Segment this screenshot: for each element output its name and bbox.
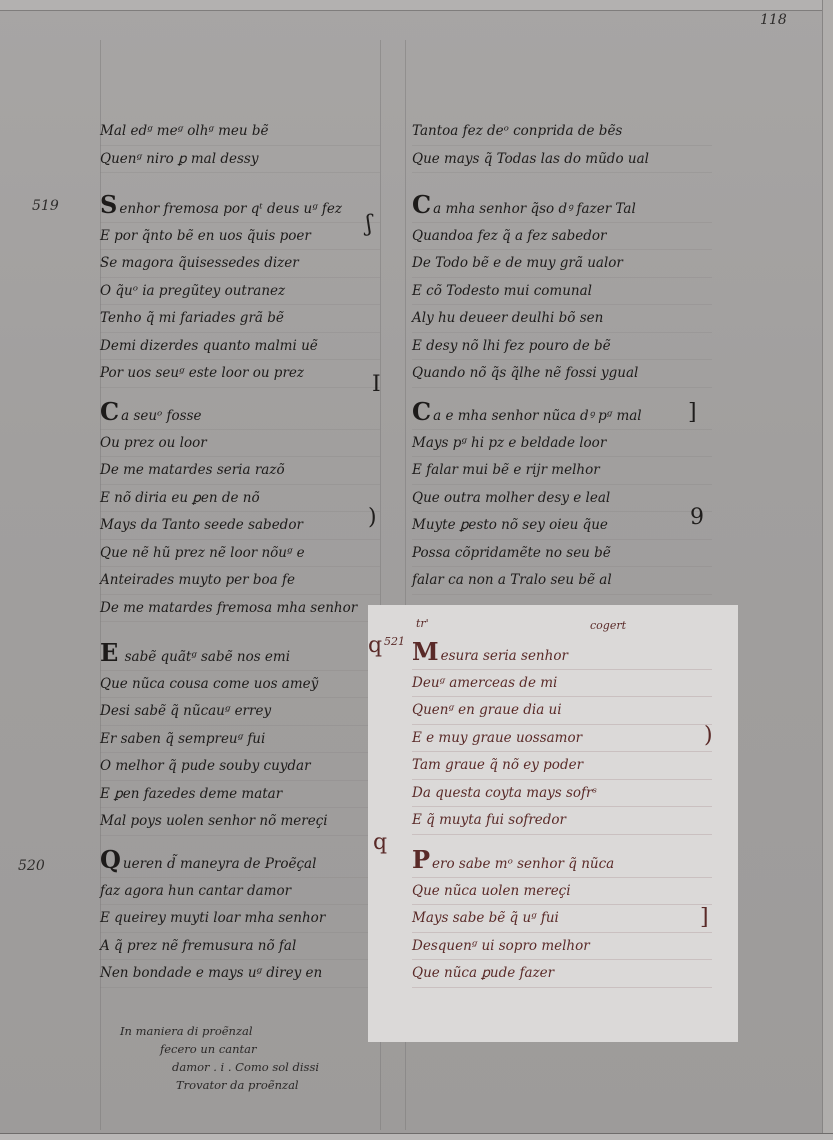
margin-mark-bracket: ]: [688, 400, 697, 425]
verse-text: esura seria senhor: [441, 648, 568, 664]
verse-line: Anteirades muyto per boa fe: [100, 567, 380, 595]
verse-line-first: Pero sabe mᵒ senhor q̃ nũca: [412, 850, 712, 878]
verse-text: sabẽ quãtᵍ sabẽ nos emi: [120, 649, 290, 665]
verse-mark-q-2: q: [373, 830, 387, 855]
verse-line: Tantoa fez deᵒ conprida de bẽs: [412, 118, 712, 146]
verse-text: a seuᵒ fosse: [121, 408, 201, 424]
margin-mark-s: ʃ: [366, 212, 372, 237]
note-line: Trovator da proẽnzal: [120, 1076, 319, 1094]
folio-number: 118: [760, 12, 787, 28]
left-stanza-3: E sabẽ quãtᵍ sabẽ nos emi Que nũca cousa…: [100, 643, 380, 836]
verse-line-first: Ca mha senhor q̃so dꝰ fazer Tal: [412, 195, 712, 223]
verse-text: ero sabe mᵒ senhor q̃ nũca: [432, 856, 614, 872]
manuscript-page: 118 519 520 Mal edᵍ meᵍ olhᵍ meu bẽ Quen…: [0, 0, 833, 1140]
margin-mark-bar: I: [372, 372, 381, 397]
page-edge-top: [0, 0, 833, 11]
verse-line: De me matardes fremosa mha senhor: [100, 595, 380, 623]
verse-line: A q̃ prez nẽ fremusura nõ fal: [100, 933, 380, 961]
verse-line: Mal edᵍ meᵍ olhᵍ meu bẽ: [100, 118, 380, 146]
initial-letter: M: [412, 637, 439, 666]
page-edge-bottom: [0, 1133, 833, 1140]
highlight-stanza-1: Mesura seria senhor Deuᵍ amerceas de mi …: [412, 642, 712, 835]
verse-line: De me matardes seria razõ: [100, 457, 380, 485]
right-stanza-2: Ca e mha senhor nũca dꝰ pᵍ mal Mays pᵍ h…: [412, 402, 712, 595]
verse-line: E nõ diria eu ꝑen de nõ: [100, 485, 380, 513]
verse-line: Que nẽ hũ prez nẽ loor nõuᵍ e: [100, 540, 380, 568]
initial-letter: Q: [100, 845, 121, 874]
verse-line: Quandoa fez q̃ a fez sabedor: [412, 223, 712, 251]
verse-line: E q̃ muyta fui sofredor: [412, 807, 712, 835]
initial-letter: C: [412, 190, 431, 219]
verse-line: Muyte ꝑesto nõ sey oieu q̃ue: [412, 512, 712, 540]
verse-line: Se magora q̃uisessedes dizer: [100, 250, 380, 278]
superscript-note: tr': [416, 617, 429, 630]
verse-line: Mal poys uolen senhor nõ mereçi: [100, 808, 380, 836]
verse-line: E ꝑen fazedes deme matar: [100, 781, 380, 809]
verse-line: Quenᵍ en graue dia ui: [412, 697, 712, 725]
verse-text: a mha senhor q̃so dꝰ fazer Tal: [433, 201, 636, 217]
verse-line: Que nũca cousa come uos ameỹ: [100, 671, 380, 699]
verse-line-first: Ca seuᵒ fosse: [100, 402, 380, 430]
left-top-stanza: Mal edᵍ meᵍ olhᵍ meu bẽ Quenᵍ niro ꝑ mal…: [100, 118, 380, 173]
verse-line: faz agora hun cantar damor: [100, 878, 380, 906]
initial-letter: C: [100, 397, 119, 426]
verse-text: ueren d̃ maneyra de Proẽçal: [123, 856, 317, 872]
right-top-stanza: Tantoa fez deᵒ conprida de bẽs Que mays …: [412, 118, 712, 173]
verse-line: Possa cõpridamẽte no seu bẽ: [412, 540, 712, 568]
note-line: fecero un cantar: [120, 1040, 319, 1058]
highlight-stanza-2: Pero sabe mᵒ senhor q̃ nũca Que nũca uol…: [412, 850, 712, 988]
verse-line: Mays pᵍ hi pz e beldade loor: [412, 430, 712, 458]
verse-line: Por uos seuᵍ este loor ou prez: [100, 360, 380, 388]
verse-text: enhor fremosa por qᵗ deus uᵍ fez: [119, 201, 342, 217]
verse-line: Tenho q̃ mi fariades grã bẽ: [100, 305, 380, 333]
page-edge-right: [822, 0, 833, 1140]
verse-line-first: Queren d̃ maneyra de Proẽçal: [100, 850, 380, 878]
verse-line: Mays sabe bẽ q̃ uᵍ fui: [412, 905, 712, 933]
verse-line-first: Senhor fremosa por qᵗ deus uᵍ fez: [100, 195, 380, 223]
verse-line: Que nũca uolen mereçi: [412, 878, 712, 906]
highlighted-region: tr' cogert q 521 ) q ] Mesura seria senh…: [368, 605, 738, 1042]
verse-line: Mays da Tanto seede sabedor: [100, 512, 380, 540]
initial-letter: E: [100, 638, 118, 667]
left-column: Mal edᵍ meᵍ olhᵍ meu bẽ Quenᵍ niro ꝑ mal…: [100, 118, 380, 173]
margin-mark-paren: ): [368, 505, 377, 530]
verse-line: E e muy graue uossamor: [412, 725, 712, 753]
verse-line: Aly hu deueer deulhi bõ sen: [412, 305, 712, 333]
verse-line: Nen bondade e mays uᵍ direy en: [100, 960, 380, 988]
verse-line: Ou prez ou loor: [100, 430, 380, 458]
verse-line: E por q̃nto bẽ en uos q̃uis poer: [100, 223, 380, 251]
verse-line: E cõ Todesto mui comunal: [412, 278, 712, 306]
verse-line: falar ca non a Tralo seu bẽ al: [412, 567, 712, 595]
right-stanza-1: Ca mha senhor q̃so dꝰ fazer Tal Quandoa …: [412, 195, 712, 388]
verse-line: Tam graue q̃ nõ ey poder: [412, 752, 712, 780]
margin-mark-curl: 9: [690, 505, 704, 530]
verse-line: Que mays q̃ Todas las do mũdo ual: [412, 146, 712, 174]
verse-mark-q: q: [368, 633, 382, 658]
marginal-note: In maniera di proẽnzal fecero un cantar …: [120, 1022, 319, 1094]
left-stanza-1: Senhor fremosa por qᵗ deus uᵍ fez E por …: [100, 195, 380, 388]
verse-line: E queirey muyti loar mha senhor: [100, 905, 380, 933]
side-note: cogert: [590, 619, 626, 632]
verse-line: Quenᵍ niro ꝑ mal dessy: [100, 146, 380, 174]
verse-line: De Todo bẽ e de muy grã ualor: [412, 250, 712, 278]
verse-line: Desquenᵍ ui sopro melhor: [412, 933, 712, 961]
verse-line: E desy nõ lhi fez pouro de bẽ: [412, 333, 712, 361]
verse-line-first: Ca e mha senhor nũca dꝰ pᵍ mal: [412, 402, 712, 430]
note-line: In maniera di proẽnzal: [120, 1022, 319, 1040]
verse-line: Que outra molher desy e leal: [412, 485, 712, 513]
verse-line: Da questa coyta mays sofrˢ: [412, 780, 712, 808]
verse-number-519: 519: [32, 198, 59, 214]
verse-line: Quando nõ q̃s q̃lhe nẽ fossi ygual: [412, 360, 712, 388]
verse-number-521: 521: [384, 635, 405, 648]
verse-line: O melhor q̃ pude souby cuydar: [100, 753, 380, 781]
verse-line: Er saben q̃ sempreuᵍ fui: [100, 726, 380, 754]
verse-line: Desi sabẽ q̃ nũcauᵍ errey: [100, 698, 380, 726]
left-stanza-4: Queren d̃ maneyra de Proẽçal faz agora h…: [100, 850, 380, 988]
verse-number-520: 520: [18, 858, 45, 874]
initial-letter: S: [100, 190, 117, 219]
verse-line: O q̃uᵒ ia pregũtey outranez: [100, 278, 380, 306]
verse-line: Que nũca ꝑude fazer: [412, 960, 712, 988]
verse-text: a e mha senhor nũca dꝰ pᵍ mal: [433, 408, 642, 424]
initial-letter: P: [412, 845, 430, 874]
note-line: damor . i . Como sol dissi: [120, 1058, 319, 1076]
verse-line: Demi dizerdes quanto malmi uẽ: [100, 333, 380, 361]
verse-line: Deuᵍ amerceas de mi: [412, 670, 712, 698]
verse-line: E falar mui bẽ e rijr melhor: [412, 457, 712, 485]
left-stanza-2: Ca seuᵒ fosse Ou prez ou loor De me mata…: [100, 402, 380, 622]
initial-letter: C: [412, 397, 431, 426]
verse-line-first: Mesura seria senhor: [412, 642, 712, 670]
verse-line-first: E sabẽ quãtᵍ sabẽ nos emi: [100, 643, 380, 671]
